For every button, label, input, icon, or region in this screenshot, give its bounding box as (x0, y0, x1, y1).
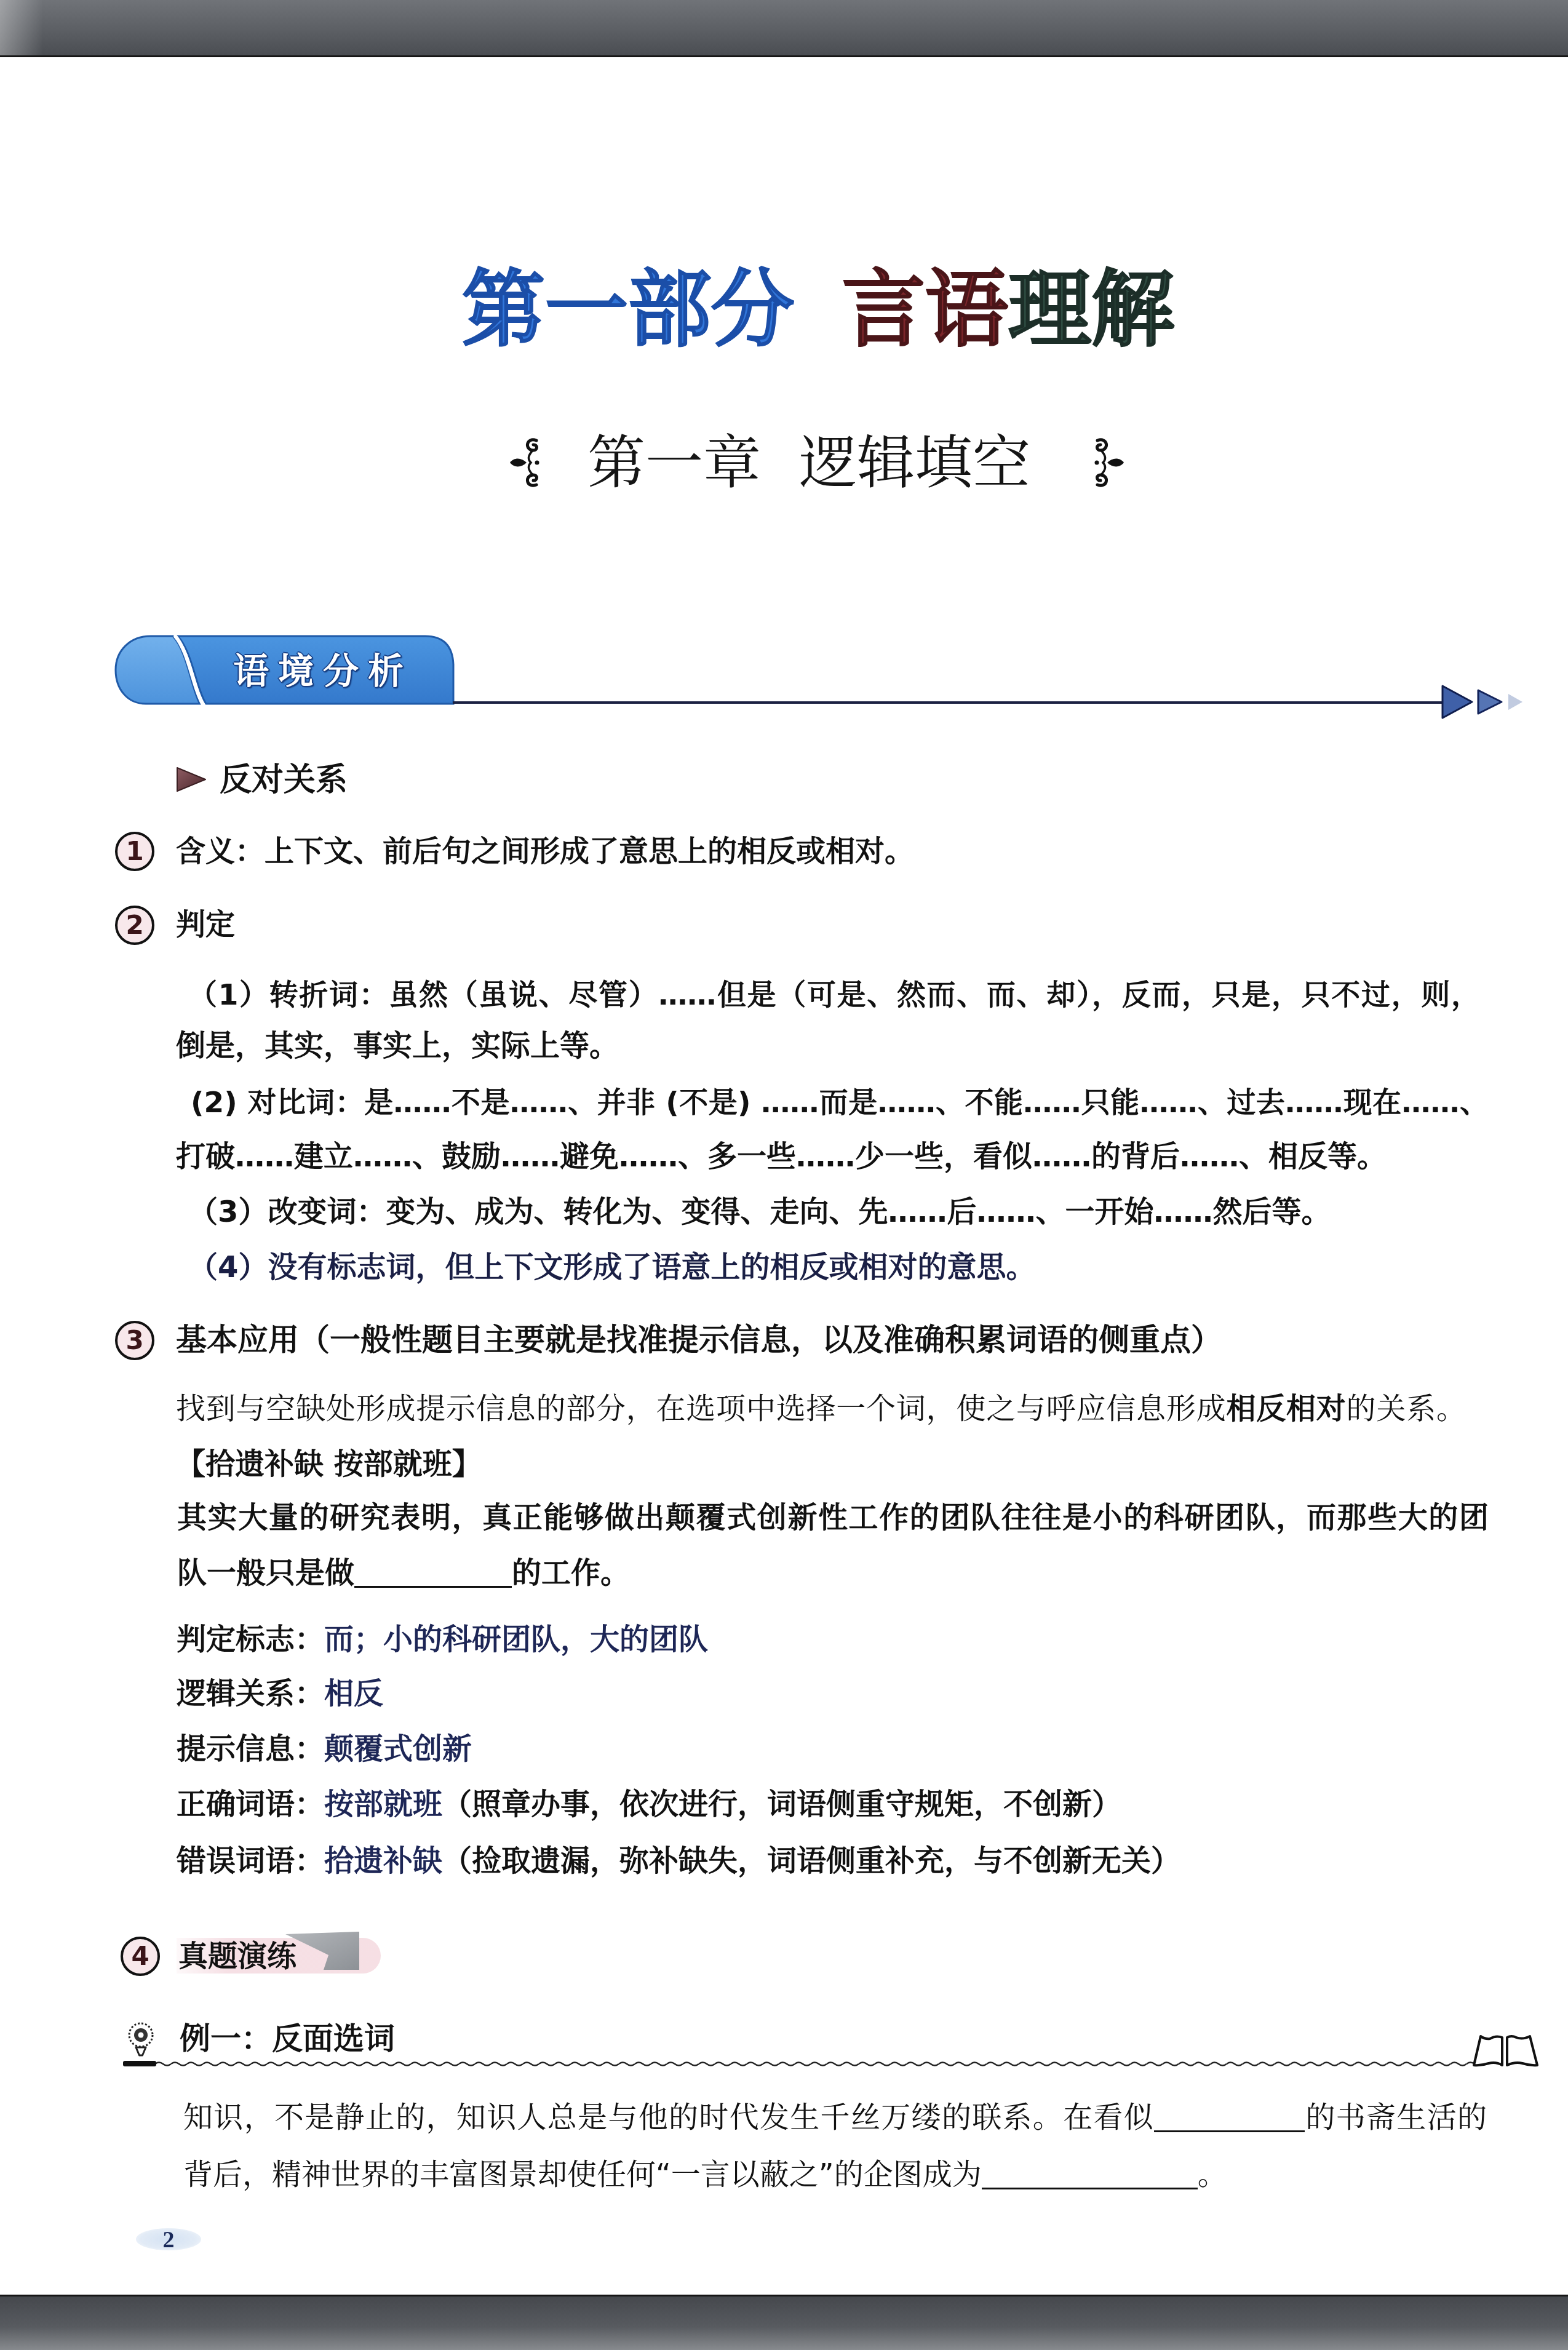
sample-sentence-line-1: 其实大量的研究表明，真正能够做出颠覆式创新性工作的团队往往是小的科研团队，而那些… (177, 1499, 1489, 1536)
chapter-title: 第一章逻辑填空 (587, 434, 1030, 493)
analysis-label: 提示信息： (177, 1732, 324, 1766)
circled-number-2: 2 (115, 906, 154, 945)
judge-item-2-line-1: (2) 对比词：是……不是……、并非 (不是) ……而是……、不能……只能……、… (176, 1085, 1489, 1121)
point4-title: 真题演练 (178, 1938, 296, 1975)
sample-text-after: 的工作。 (512, 1556, 630, 1590)
circled-number-1: 1 (115, 832, 154, 871)
analysis-row-marker: 判定标志：而；小的科研团队，大的团队 (177, 1621, 708, 1658)
triangle-bullet-icon (176, 767, 207, 792)
lightbulb-icon (125, 2021, 156, 2061)
sample-text-before: 队一般只是做 (177, 1556, 354, 1590)
judge-item-2-line-2: 打破……建立……、鼓励……避免……、多一些……少一些，看似……的背后……、相反等… (176, 1138, 1387, 1175)
analysis-row-wrong: 错误词语：拾遗补缺（捡取遗漏，弥补缺失，词语侧重补充，与不创新无关） (177, 1842, 1180, 1879)
example-text-line-1: 知识，不是静止的，知识人总是与他的时代发生千丝万缕的联系。在看似的书斋生活的 (183, 2099, 1487, 2136)
analysis-row-hint: 提示信息：颠覆式创新 (177, 1731, 472, 1767)
example-text-line-2: 背后，精神世界的丰富图景却使任何“一言以蔽之”的企图成为。 (183, 2156, 1227, 2193)
analysis-value: 按部就班 (324, 1787, 442, 1822)
section-title: 语境分析 (233, 652, 413, 690)
judge-item-1-line-1: （1）转折词：虽然（虽说、尽管）……但是（可是、然而、而、却），反而，只是，只不… (176, 977, 1480, 1014)
page-number: 2 (136, 2228, 201, 2250)
circled-number-4: 4 (121, 1937, 160, 1976)
analysis-label: 判定标志： (177, 1622, 324, 1657)
sample-sentence-line-2: 队一般只是做的工作。 (177, 1555, 630, 1591)
open-book-icon (1472, 2033, 1540, 2068)
example-text-after: 。 (1198, 2157, 1227, 2192)
analysis-row-correct: 正确词语：按部就班（照章办事，依次进行，词语侧重守规矩，不创新） (177, 1786, 1121, 1823)
example-title: 例一：反面选词 (180, 2020, 395, 2057)
analysis-value: 颠覆式创新 (324, 1732, 472, 1766)
fill-blank (354, 1567, 512, 1588)
idiom-pair: 【拾遗补缺 按部就班】 (176, 1446, 482, 1483)
wavy-divider (123, 2058, 1473, 2070)
subsection-title: 反对关系 (220, 762, 348, 799)
analysis-label: 逻辑关系： (177, 1676, 324, 1711)
analysis-value: 相反 (324, 1676, 383, 1711)
example-text-before: 知识，不是静止的，知识人总是与他的时代发生千丝万缕的联系。在看似 (183, 2100, 1154, 2135)
part-title: 第一部分言语理解 (462, 267, 1174, 353)
guide-text: 找到与空缺处形成提示信息的部分，在选项中选择一个词，使之与呼应信息形成 (176, 1392, 1226, 1426)
chapter-number: 第一章 (587, 430, 761, 497)
analysis-note: （照章办事，依次进行，词语侧重守规矩，不创新） (442, 1787, 1121, 1822)
part-subject-1: 言语 (842, 261, 1008, 358)
analysis-label: 正确词语： (177, 1787, 324, 1822)
example-text-before: 背后，精神世界的丰富图景却使任何“一言以蔽之”的企图成为 (183, 2157, 982, 2192)
analysis-value: 而；小的科研团队，大的团队 (324, 1622, 708, 1657)
fill-blank-2 (982, 2169, 1198, 2189)
judge-item-1-line-2: 倒是，其实，事实上，实际上等。 (176, 1027, 619, 1064)
fill-blank-1 (1154, 2112, 1305, 2132)
section-rule (453, 701, 1444, 704)
example-text-after: 的书斋生活的 (1305, 2100, 1487, 2135)
part-subject-2: 理解 (1008, 261, 1174, 358)
judge-item-3: （3）改变词：变为、成为、转化为、变得、走向、先……后……、一开始……然后等。 (176, 1193, 1331, 1230)
chapter-name: 逻辑填空 (799, 430, 1030, 497)
scan-top-edge (0, 0, 1568, 57)
ornament-right-icon (1086, 437, 1126, 488)
analysis-label: 错误词语： (177, 1844, 324, 1878)
point3-title: 基本应用（一般性题目主要就是找准提示信息，以及准确积累词语的侧重点） (176, 1321, 1222, 1358)
analysis-note: （捡取遗漏，弥补缺失，词语侧重补充，与不创新无关） (442, 1844, 1180, 1878)
analysis-row-relation: 逻辑关系：相反 (177, 1675, 383, 1712)
ornament-left-icon (508, 437, 547, 488)
triple-arrow-icon (1439, 683, 1526, 721)
point2-title: 判定 (176, 906, 235, 943)
analysis-value: 拾遗补缺 (324, 1844, 442, 1878)
guide-emphasis: 相反相对 (1226, 1392, 1346, 1426)
part-label: 第一部分 (462, 261, 794, 358)
judge-item-4: （4）没有标志词，但上下文形成了语意上的相反或相对的意思。 (176, 1249, 1035, 1286)
circled-number-3: 3 (115, 1321, 154, 1360)
guide-text-end: 的关系。 (1347, 1392, 1466, 1426)
point1-definition: 含义：上下文、前后句之间形成了意思上的相反或相对。 (176, 833, 914, 870)
scan-bottom-edge (0, 2295, 1568, 2350)
point3-guide: 找到与空缺处形成提示信息的部分，在选项中选择一个词，使之与呼应信息形成相反相对的… (176, 1390, 1466, 1427)
